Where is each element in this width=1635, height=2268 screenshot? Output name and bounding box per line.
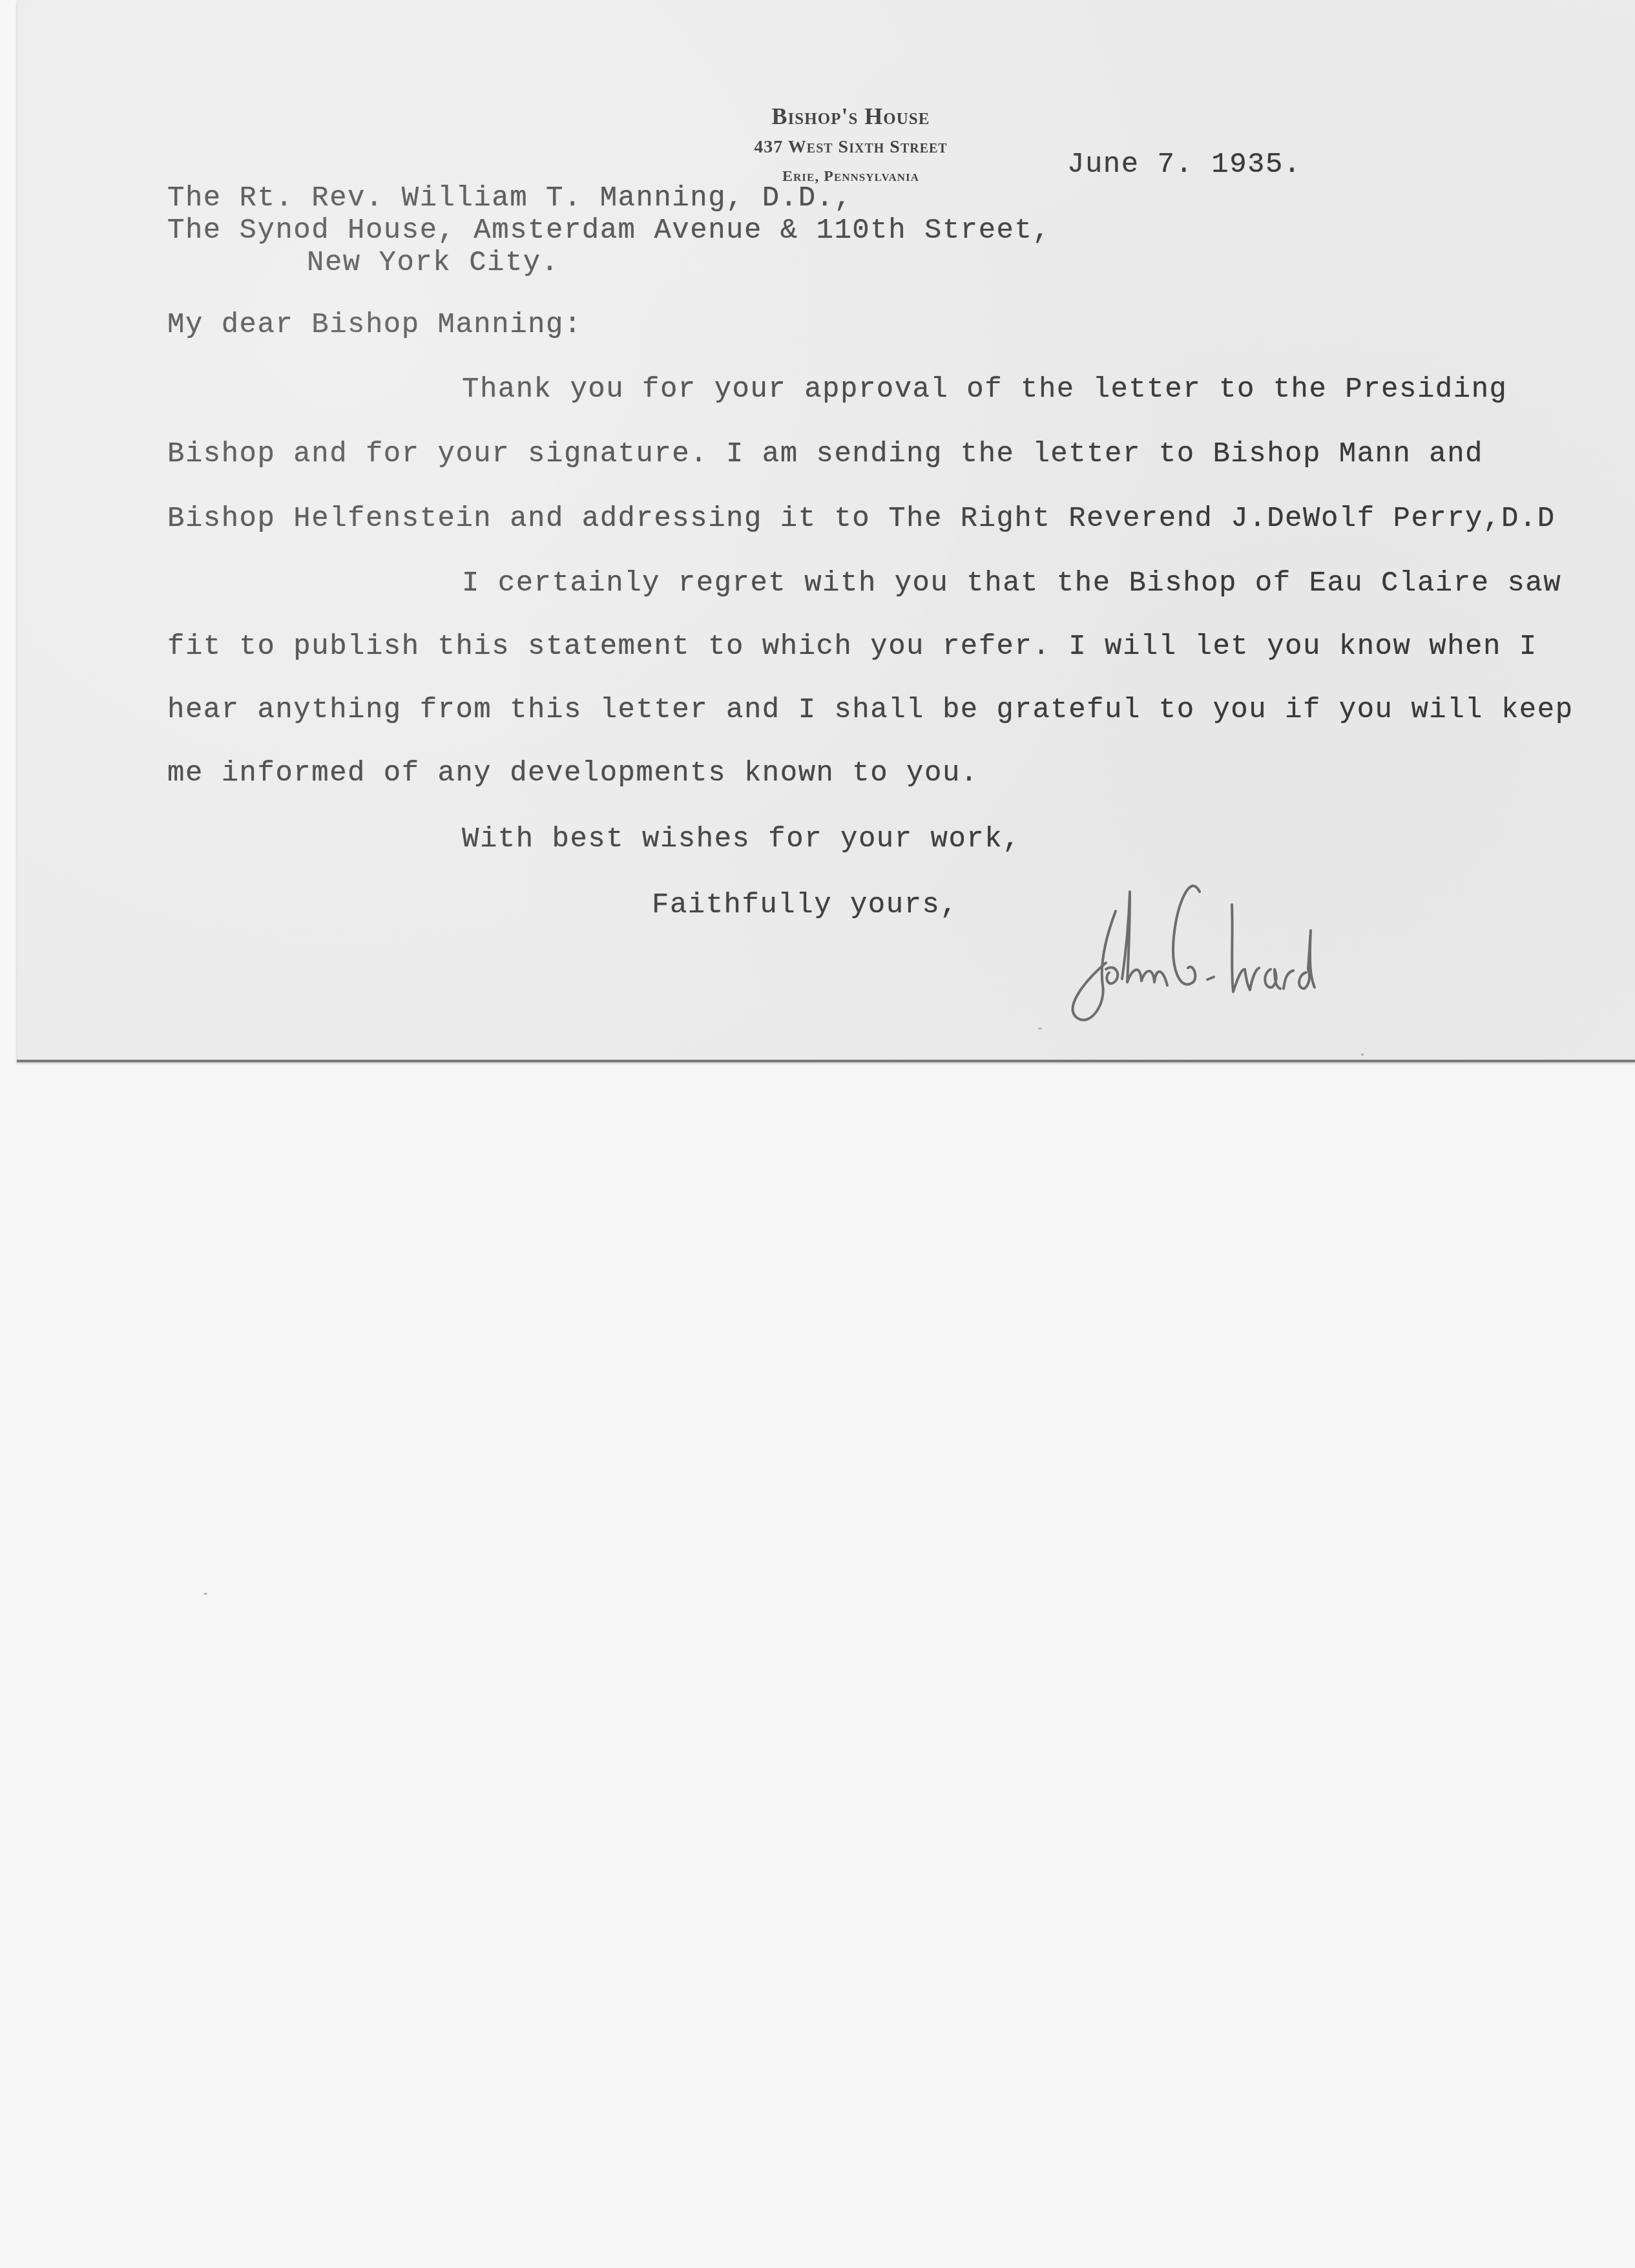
recipient-line-1: The Rt. Rev. William T. Manning, D.D., (167, 182, 852, 215)
salutation: My dear Bishop Manning: (167, 309, 582, 341)
letter-sheet: Bishop's House 437 West Sixth Street Eri… (17, 0, 1635, 1060)
recipient-line-2: The Synod House, Amsterdam Avenue & 110t… (167, 215, 1050, 247)
body-paragraph-2-line: fit to publish this statement to which y… (167, 631, 1537, 663)
closing-wishes: With best wishes for your work, (462, 823, 1021, 856)
letterhead-name: Bishop's House (683, 102, 1019, 131)
body-paragraph-1-line: Thank you for your approval of the lette… (462, 373, 1507, 406)
scan-speck (203, 1593, 207, 1595)
body-paragraph-1-line: Bishop Helfenstein and addressing it to … (167, 503, 1556, 535)
body-paragraph-2-line: I certainly regret with you that the Bis… (462, 567, 1561, 600)
body-paragraph-2-line: me informed of any developments known to… (167, 757, 979, 790)
letterhead-street: 437 West Sixth Street (683, 134, 1019, 160)
scan-speck (1038, 1027, 1042, 1029)
signature-icon (1045, 866, 1458, 1027)
body-paragraph-1-line: Bishop and for your signature. I am send… (167, 438, 1483, 470)
letter-date: June 7. 1935. (1067, 149, 1302, 181)
handwritten-signature: John C. Ward (1045, 866, 1458, 1027)
letterhead: Bishop's House 437 West Sixth Street Eri… (683, 102, 1019, 187)
scan-speck (1361, 1053, 1364, 1056)
body-paragraph-2-line: hear anything from this letter and I sha… (167, 694, 1574, 726)
recipient-line-3: New York City. (307, 247, 559, 279)
closing-valediction: Faithfully yours, (652, 889, 958, 921)
